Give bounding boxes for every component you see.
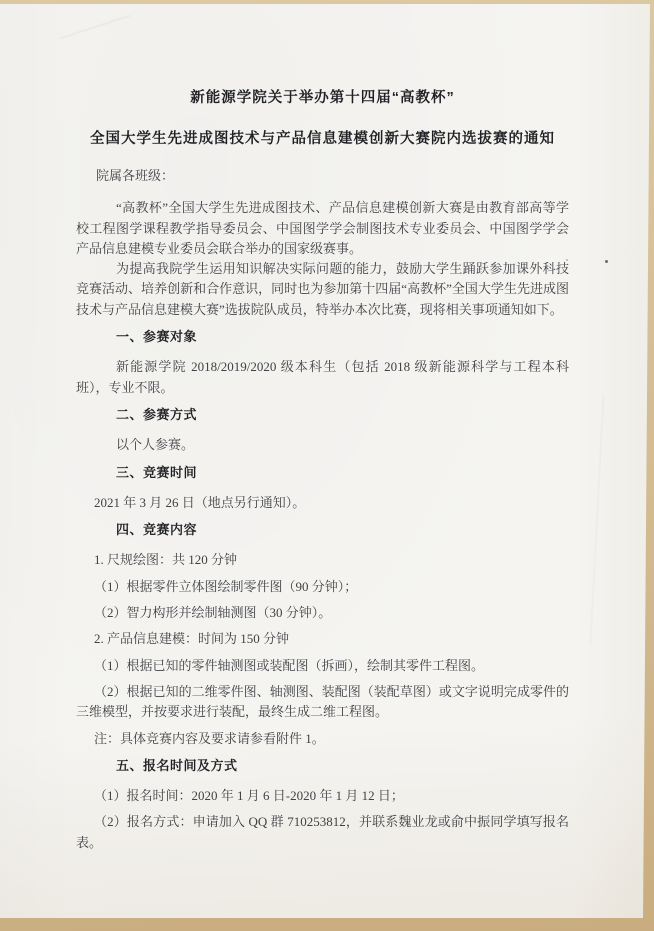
doc-paragraph: 新能源学院 2018/2019/2020 级本科生（包括 2018 级新能源科学… (76, 357, 569, 398)
doc-item: 注：具体竞赛内容及要求请参看附件 1。 (76, 729, 569, 749)
doc-item: （1）根据零件立体图绘制零件图（90 分钟）； (76, 577, 569, 597)
scanner-background: 新能源学院关于举办第十四届“高教杯” 全国大学生先进成图技术与产品信息建模创新大… (0, 0, 654, 931)
doc-item: （2）根据已知的二维零件图、轴测图、装配图（装配草图）或文字说明完成零件的三维模… (76, 682, 569, 723)
doc-heading: 二、参赛方式 (76, 405, 569, 425)
doc-heading: 五、报名时间及方式 (76, 756, 569, 776)
doc-item: 2021 年 3 月 26 日（地点另行通知）。 (76, 493, 569, 513)
document-title-line-1: 新能源学院关于举办第十四届“高教杯” (76, 88, 569, 108)
doc-item: 1. 尺规绘图：共 120 分钟 (76, 550, 569, 570)
doc-paragraph: 为提高我院学生运用知识解决实际问题的能力，鼓励大学生踊跃参加课外科技竞赛活动、培… (76, 259, 569, 320)
doc-item: （2）报名方式：申请加入 QQ 群 710253812，并联系魏业龙或俞中振同学… (76, 812, 569, 853)
doc-paragraph: 以个人参赛。 (76, 435, 569, 455)
doc-item: （1）根据已知的零件轴测图或装配图（拆画），绘制其零件工程图。 (76, 656, 569, 676)
doc-item: 2. 产品信息建模：时间为 150 分钟 (76, 629, 569, 649)
doc-item: （2）智力构形并绘制轴测图（30 分钟）。 (76, 603, 569, 623)
doc-item: （1）报名时间：2020 年 1 月 6 日-2020 年 1 月 12 日； (76, 786, 569, 806)
salutation: 院属各班级： (76, 166, 569, 186)
doc-heading: 四、竞赛内容 (76, 520, 569, 540)
document-content: 新能源学院关于举办第十四届“高教杯” 全国大学生先进成图技术与产品信息建模创新大… (76, 88, 569, 853)
doc-heading: 一、参赛对象 (76, 327, 569, 347)
doc-paragraph: “高教杯”全国大学生先进成图技术、产品信息建模创新大赛是由教育部高等学校工程图学… (76, 198, 569, 259)
paper-crease (589, 394, 604, 644)
paper-speck (605, 260, 608, 263)
document-body: “高教杯”全国大学生先进成图技术、产品信息建模创新大赛是由教育部高等学校工程图学… (76, 198, 569, 853)
paper-crease (60, 15, 131, 40)
document-page: 新能源学院关于举办第十四届“高教杯” 全国大学生先进成图技术与产品信息建模创新大… (0, 4, 651, 918)
paper-speck (566, 259, 568, 261)
doc-heading: 三、竞赛时间 (76, 463, 569, 483)
document-title-line-2: 全国大学生先进成图技术与产品信息建模创新大赛院内选拔赛的通知 (76, 129, 569, 149)
